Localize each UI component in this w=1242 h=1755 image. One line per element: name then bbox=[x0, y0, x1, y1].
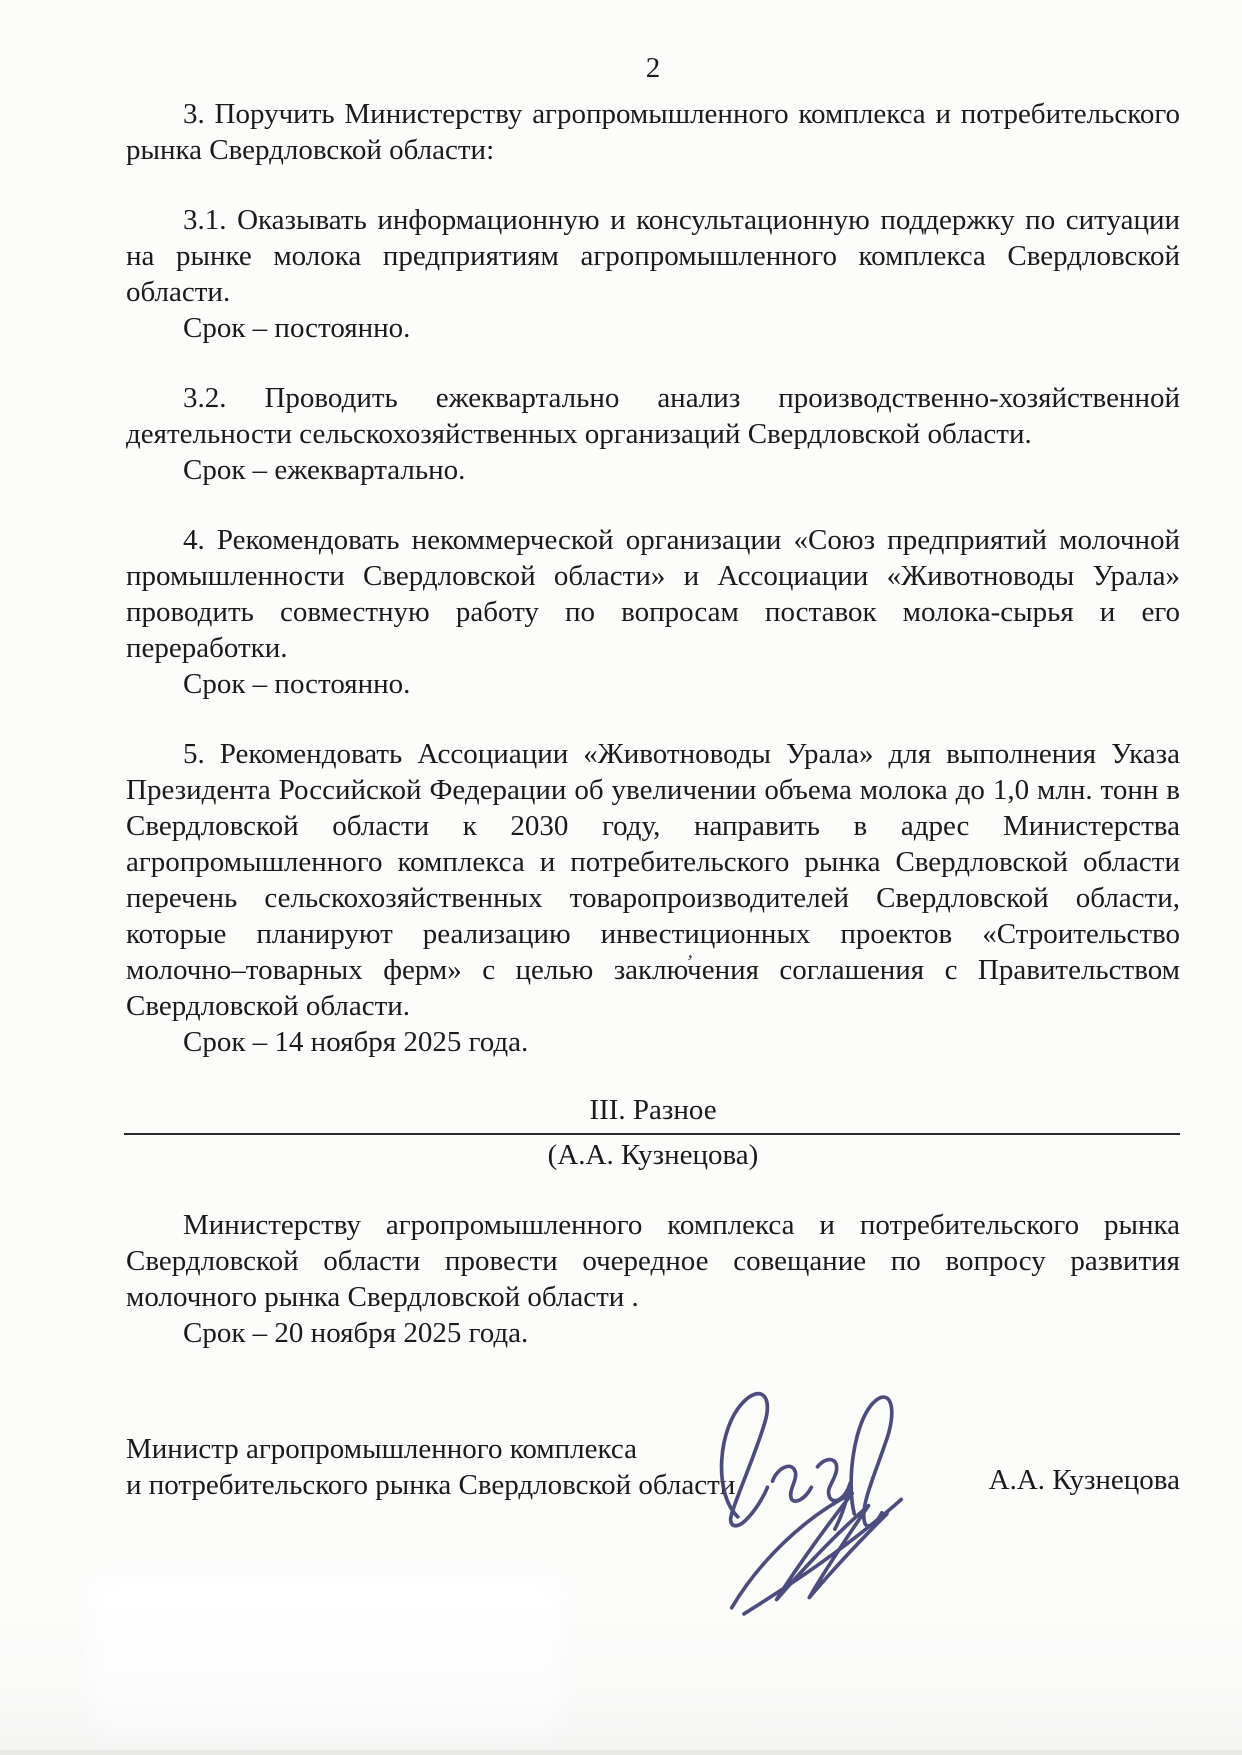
signature-title-line-1: Министр агропромышленного комплекса bbox=[126, 1431, 766, 1467]
paragraph-item-3-2: 3.2. Проводить ежеквартально анализ прои… bbox=[126, 380, 1180, 452]
heading-rule-divider bbox=[124, 1133, 1180, 1135]
term-item-3-2: Срок – ежеквартально. bbox=[126, 452, 1180, 488]
section-misc-heading: III. Разное bbox=[126, 1092, 1180, 1128]
paragraph-misc: Министерству агропромышленного комплекса… bbox=[126, 1207, 1180, 1315]
signature-title-line-2: и потребительского рынка Свердловской об… bbox=[126, 1467, 766, 1503]
term-item-3-1: Срок – постоянно. bbox=[126, 310, 1180, 346]
scan-edge-strip bbox=[0, 1750, 1242, 1755]
signature-name: А.А. Кузнецова bbox=[989, 1436, 1180, 1498]
paragraph-item-3-1: 3.1. Оказывать информационную и консульт… bbox=[126, 202, 1180, 310]
paragraph-item-4: 4. Рекомендовать некоммерческой организа… bbox=[126, 522, 1180, 666]
paragraph-item-5: 5. Рекомендовать Ассоциации «Животноводы… bbox=[126, 736, 1180, 1024]
scan-bottom-shade bbox=[0, 1595, 1242, 1755]
signature-block: Министр агропромышленного комплекса и по… bbox=[126, 1431, 1180, 1503]
signature-title: Министр агропромышленного комплекса и по… bbox=[126, 1431, 766, 1503]
page-number: 2 bbox=[126, 50, 1180, 86]
term-item-4: Срок – постоянно. bbox=[126, 666, 1180, 702]
term-misc: Срок – 20 ноября 2025 года. bbox=[126, 1315, 1180, 1351]
item-5-block: 5. Рекомендовать Ассоциации «Животноводы… bbox=[126, 736, 1180, 1024]
document-page: 2 3. Поручить Министерству агропромышлен… bbox=[0, 0, 1242, 1755]
section-misc-signatory: (А.А. Кузнецова) bbox=[126, 1137, 1180, 1173]
term-item-5: Срок – 14 ноября 2025 года. bbox=[126, 1024, 1180, 1060]
paragraph-item-3: 3. Поручить Министерству агропромышленно… bbox=[126, 96, 1180, 168]
